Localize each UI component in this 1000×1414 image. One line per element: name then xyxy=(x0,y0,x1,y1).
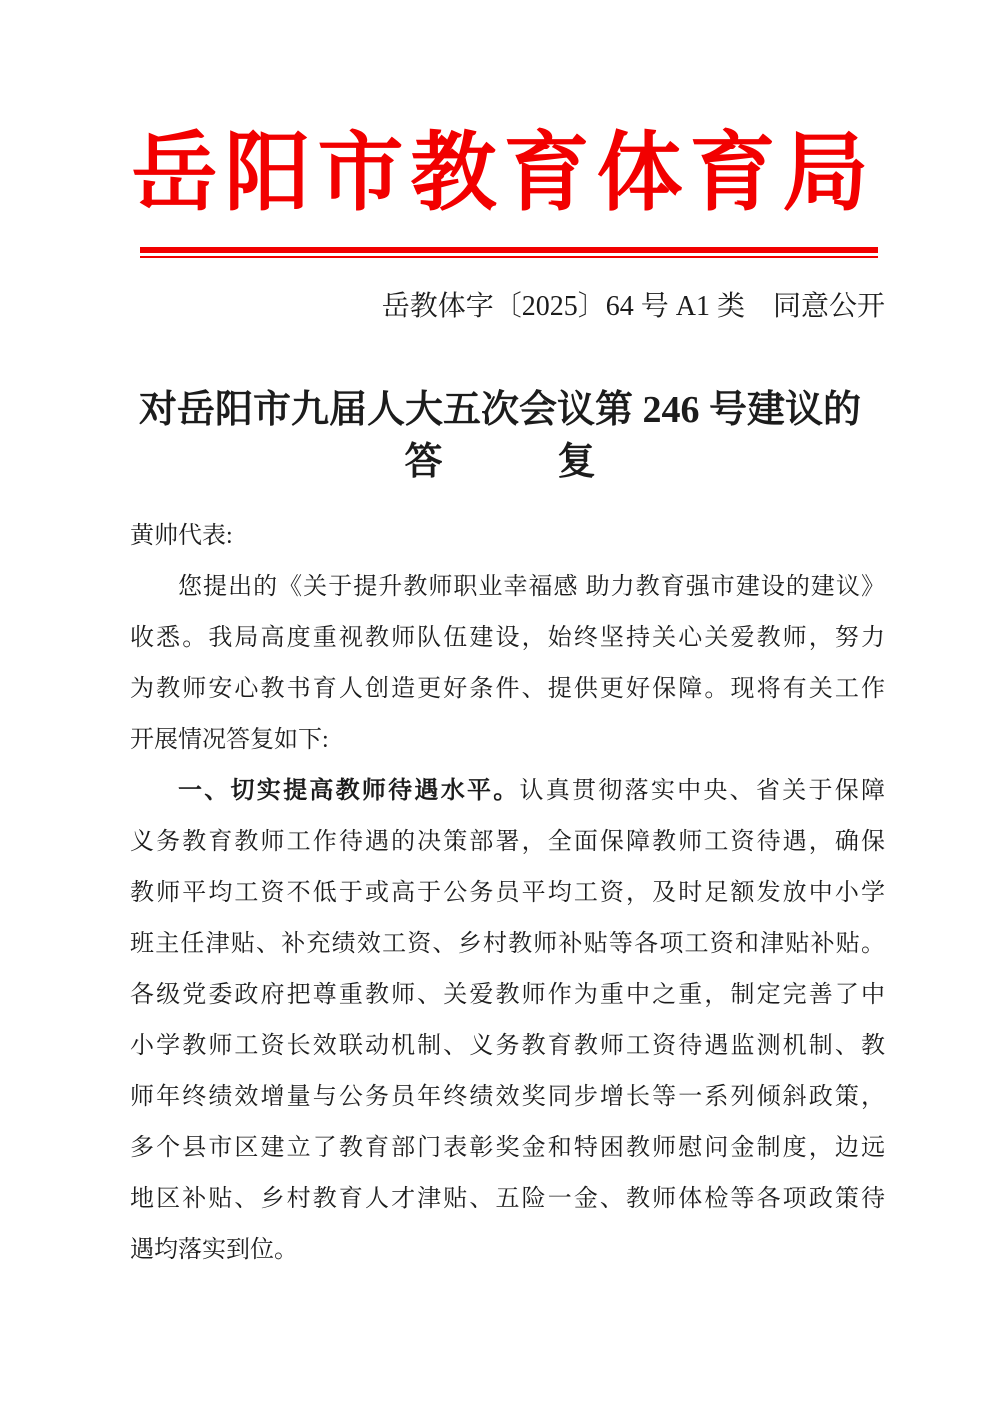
body-text-line: 多个县市区建立了教育部门表彰奖金和特困教师慰问金制度，边远 xyxy=(130,1123,885,1174)
agency-letterhead-title: 岳阳市教育体育局 xyxy=(0,118,1000,228)
body-text-segment: 教师平均工资不低于或高于公务员平均工资，及时足额发放中小学 xyxy=(130,880,885,906)
body-text-segment: 遇均落实到位。 xyxy=(130,1237,298,1263)
body-text-segment: 师年终绩效增量与公务员年终绩效奖同步增长等一系列倾斜政策， xyxy=(130,1084,885,1110)
body-text-line: 为教师安心教书育人创造更好条件、提供更好保障。现将有关工作 xyxy=(130,664,885,715)
body-text-line: 各级党委政府把尊重教师、关爱教师作为重中之重，制定完善了中 xyxy=(130,970,885,1021)
body-text-segment: 收悉。我局高度重视教师队伍建设，始终坚持关心关爱教师，努力 xyxy=(130,625,885,651)
body-text-segment: 多个县市区建立了教育部门表彰奖金和特困教师慰问金制度，边远 xyxy=(130,1135,885,1161)
body-text-segment: 地区补贴、乡村教育人才津贴、五险一金、教师体检等各项政策待 xyxy=(130,1186,885,1212)
body-text-line: 班主任津贴、补充绩效工资、乡村教师补贴等各项工资和津贴补贴。 xyxy=(130,919,885,970)
body-text-segment: 小学教师工资长效联动机制、义务教育教师工资待遇监测机制、教 xyxy=(130,1033,885,1059)
body-text-segment: 开展情况答复如下: xyxy=(130,727,329,753)
letterhead-divider-thick-line xyxy=(140,247,878,253)
body-text-line: 地区补贴、乡村教育人才津贴、五险一金、教师体检等各项政策待 xyxy=(130,1174,885,1225)
body-text-line: 黄帅代表: xyxy=(130,511,885,562)
letterhead-divider-thin-line xyxy=(140,256,878,258)
document-page: 岳阳市教育体育局 岳教体字〔2025〕64 号 A1 类 同意公开 对岳阳市九届… xyxy=(0,0,1000,1414)
body-text-line: 遇均落实到位。 xyxy=(130,1225,885,1276)
body-text-segment: 您提出的《关于提升教师职业幸福感 助力教育强市建设的建议》 xyxy=(178,574,885,600)
document-title-line2: 答复 xyxy=(0,436,1000,488)
body-text-line: 您提出的《关于提升教师职业幸福感 助力教育强市建设的建议》 xyxy=(130,562,885,613)
body-text-line: 义务教育教师工作待遇的决策部署，全面保障教师工资待遇，确保 xyxy=(130,817,885,868)
body-text-line: 一、切实提高教师待遇水平。认真贯彻落实中央、省关于保障 xyxy=(130,766,885,817)
document-title-line2-text: 答复 xyxy=(289,441,710,483)
body-text-segment: 班主任津贴、补充绩效工资、乡村教师补贴等各项工资和津贴补贴。 xyxy=(130,931,885,957)
body-text-line: 小学教师工资长效联动机制、义务教育教师工资待遇监测机制、教 xyxy=(130,1021,885,1072)
document-body: 黄帅代表:您提出的《关于提升教师职业幸福感 助力教育强市建设的建议》收悉。我局高… xyxy=(130,511,885,1276)
body-text-bold-segment: 一、切实提高教师待遇水平。 xyxy=(178,778,520,804)
body-text-line: 开展情况答复如下: xyxy=(130,715,885,766)
body-text-segment: 义务教育教师工作待遇的决策部署，全面保障教师工资待遇，确保 xyxy=(130,829,885,855)
body-text-segment: 各级党委政府把尊重教师、关爱教师作为重中之重，制定完善了中 xyxy=(130,982,885,1008)
body-text-line: 收悉。我局高度重视教师队伍建设，始终坚持关心关爱教师，努力 xyxy=(130,613,885,664)
body-text-segment: 为教师安心教书育人创造更好条件、提供更好保障。现将有关工作 xyxy=(130,676,885,702)
body-text-line: 师年终绩效增量与公务员年终绩效奖同步增长等一系列倾斜政策， xyxy=(130,1072,885,1123)
document-reference-number: 岳教体字〔2025〕64 号 A1 类 同意公开 xyxy=(382,292,885,322)
body-text-line: 教师平均工资不低于或高于公务员平均工资，及时足额发放中小学 xyxy=(130,868,885,919)
body-text-segment: 黄帅代表: xyxy=(130,523,233,549)
body-text-segment: 认真贯彻落实中央、省关于保障 xyxy=(520,778,886,804)
document-title: 对岳阳市九届人大五次会议第 246 号建议的 答复 xyxy=(0,384,1000,488)
document-title-line1: 对岳阳市九届人大五次会议第 246 号建议的 xyxy=(0,384,1000,436)
